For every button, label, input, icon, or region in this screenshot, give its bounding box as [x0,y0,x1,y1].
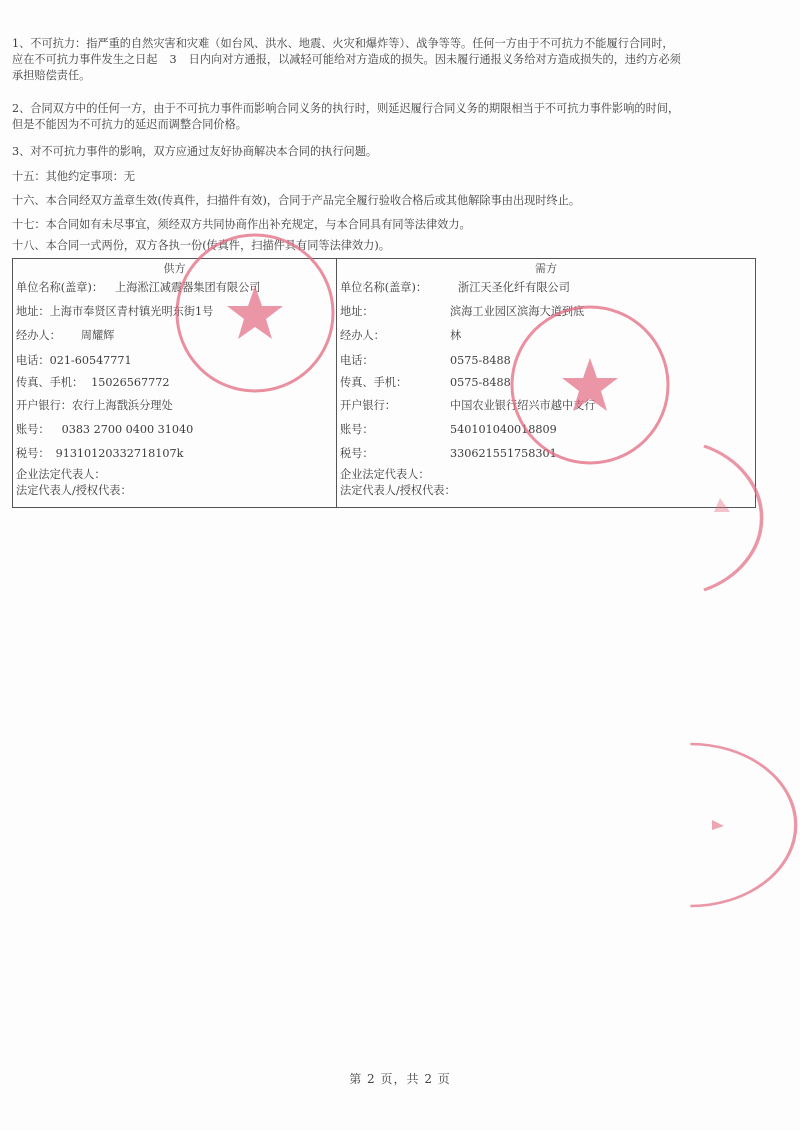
row-value: 农行上海戬浜分理处 [72,397,173,413]
clause-16: 十六、本合同经双方盖章生效(传真件，扫描件有效)，合同于产品完全履行验收合格后或… [12,193,580,209]
clause-18: 十八、本合同一式两份，双方各执一份(传真件，扫描件具有同等法律效力)。 [12,238,390,254]
buyer-seal-partial-edge [680,740,800,910]
row-value: 中国农业银行绍兴市越中支行 [450,397,595,413]
row-label: 税号： [340,445,450,461]
buyer-row-tax-id: 税号：330621551758301 [340,445,557,461]
row-label: 地址： [16,303,50,319]
buyer-column: 需方 单位名称(盖章)：浙江天圣化纤有限公司 地址：滨海工业园区滨海大道到底 经… [337,259,755,507]
buyer-row-authorized-rep: 法定代表人/授权代表： [340,482,456,498]
buyer-heading: 需方 [337,260,755,276]
row-label: 单位名称(盖章)： [16,279,103,295]
buyer-row-fax-mobile: 传真、手机：0575-8488 [340,374,511,390]
supplier-row-address: 地址：上海市奉贤区青村镇光明东街1号 [16,303,213,319]
row-value: 上海市奉贤区青村镇光明东街1号 [50,303,214,319]
clause-17: 十七：本合同如有未尽事宜，须经双方共同协商作出补充规定，与本合同具有同等法律效力… [12,217,471,233]
row-value: 上海淞江减震器集团有限公司 [115,279,260,295]
page-number: 第 2 页，共 2 页 [0,1070,800,1087]
row-value: 15026567772 [91,376,169,389]
supplier-row-authorized-rep: 法定代表人/授权代表： [16,482,132,498]
row-value: 浙江天圣化纤有限公司 [458,279,570,295]
supplier-row-handler: 经办人：周耀辉 [16,327,114,343]
supplier-row-legal-rep: 企业法定代表人： [16,466,106,482]
supplier-row-company: 单位名称(盖章)：上海淞江减震器集团有限公司 [16,279,261,295]
row-value: 021-60547771 [50,354,132,367]
row-label: 法定代表人/授权代表： [16,482,132,498]
clause-force-majeure-3: 3、对不可抗力事件的影响，双方应通过友好协商解决本合同的执行问题。 [12,144,377,160]
row-label: 电话： [340,352,450,368]
clause-15: 十五：其他约定事项：无 [12,169,135,185]
row-value: 周耀辉 [81,327,115,343]
supplier-heading: 供方 [13,260,336,276]
row-value: 0575-8488 [450,354,511,367]
buyer-row-account: 账号：540101040018809 [340,421,557,437]
notice-days: 3 [169,53,176,66]
clause-force-majeure-2-line1: 2、合同双方中的任何一方，由于不可抗力事件而影响合同义务的执行时，则延迟履行合同… [12,101,679,117]
supplier-row-fax-mobile: 传真、手机：15026567772 [16,374,169,390]
supplier-row-account: 账号：0383 2700 0400 31040 [16,421,193,437]
row-value: 0575-8488 [450,376,511,389]
supplier-row-tax-id: 税号：91310120332718107k [16,445,183,461]
row-value: 540101040018809 [450,423,557,436]
row-label: 经办人： [340,327,450,343]
row-label: 经办人： [16,327,61,343]
row-label: 地址： [340,303,450,319]
clause-force-majeure-1-line3: 承担赔偿责任。 [12,68,90,84]
row-label: 电话： [16,352,50,368]
clause-force-majeure-1-line1: 1、不可抗力：指严重的自然灾害和灾难（如台风、洪水、地震、火灾和爆炸等）、战争等… [12,36,674,52]
buyer-row-legal-rep: 企业法定代表人： [340,466,430,482]
clause-text: 日内向对方通报，以减轻可能给对方造成的损失。因未履行通报义务给对方造成损失的，违… [189,53,681,66]
clause-force-majeure-1-line2: 应在不可抗力事件发生之日起3日内向对方通报，以减轻可能给对方造成的损失。因未履行… [12,52,681,68]
row-label: 企业法定代表人： [340,466,430,482]
row-label: 税号： [16,445,50,461]
row-value: 330621551758301 [450,447,557,460]
row-label: 企业法定代表人： [16,466,106,482]
row-label: 账号： [16,421,50,437]
row-label: 单位名称(盖章)： [340,279,446,295]
supplier-column: 供方 单位名称(盖章)：上海淞江减震器集团有限公司 地址：上海市奉贤区青村镇光明… [13,259,336,507]
row-label: 账号： [340,421,450,437]
buyer-row-handler: 经办人：林 [340,327,461,343]
buyer-row-phone: 电话：0575-8488 [340,352,511,368]
parties-table: 供方 单位名称(盖章)：上海淞江减震器集团有限公司 地址：上海市奉贤区青村镇光明… [12,258,756,508]
buyer-row-bank: 开户银行：中国农业银行绍兴市越中支行 [340,397,595,413]
row-label: 传真、手机： [340,374,450,390]
row-label: 开户银行： [340,397,450,413]
buyer-row-address: 地址：滨海工业园区滨海大道到底 [340,303,584,319]
row-value: 林 [450,327,461,343]
clause-text: 应在不可抗力事件发生之日起 [12,53,157,66]
row-label: 传真、手机： [16,374,83,390]
row-value: 0383 2700 0400 31040 [62,423,194,436]
buyer-row-company: 单位名称(盖章)：浙江天圣化纤有限公司 [340,279,570,295]
clause-force-majeure-2-line2: 但是不能因为不可抗力的延迟而调整合同价格。 [12,117,247,133]
row-value: 滨海工业园区滨海大道到底 [450,303,584,319]
supplier-row-phone: 电话：021-60547771 [16,352,132,368]
row-label: 法定代表人/授权代表： [340,482,456,498]
row-value: 91310120332718107k [56,447,184,460]
supplier-row-bank: 开户银行：农行上海戬浜分理处 [16,397,173,413]
row-label: 开户银行： [16,397,72,413]
